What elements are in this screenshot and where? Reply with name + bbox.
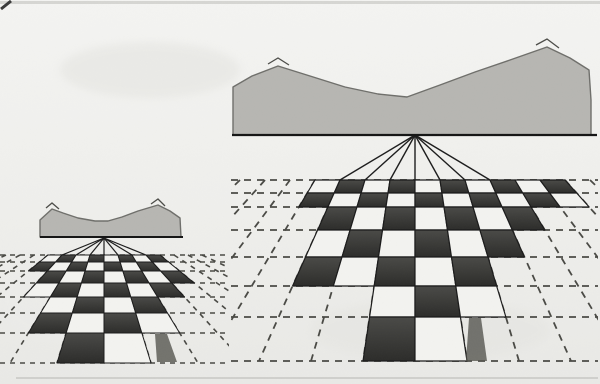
scanned-illustration-page bbox=[0, 0, 600, 384]
perspective-illustration bbox=[0, 0, 600, 384]
paper-grain-overlay bbox=[0, 0, 600, 384]
